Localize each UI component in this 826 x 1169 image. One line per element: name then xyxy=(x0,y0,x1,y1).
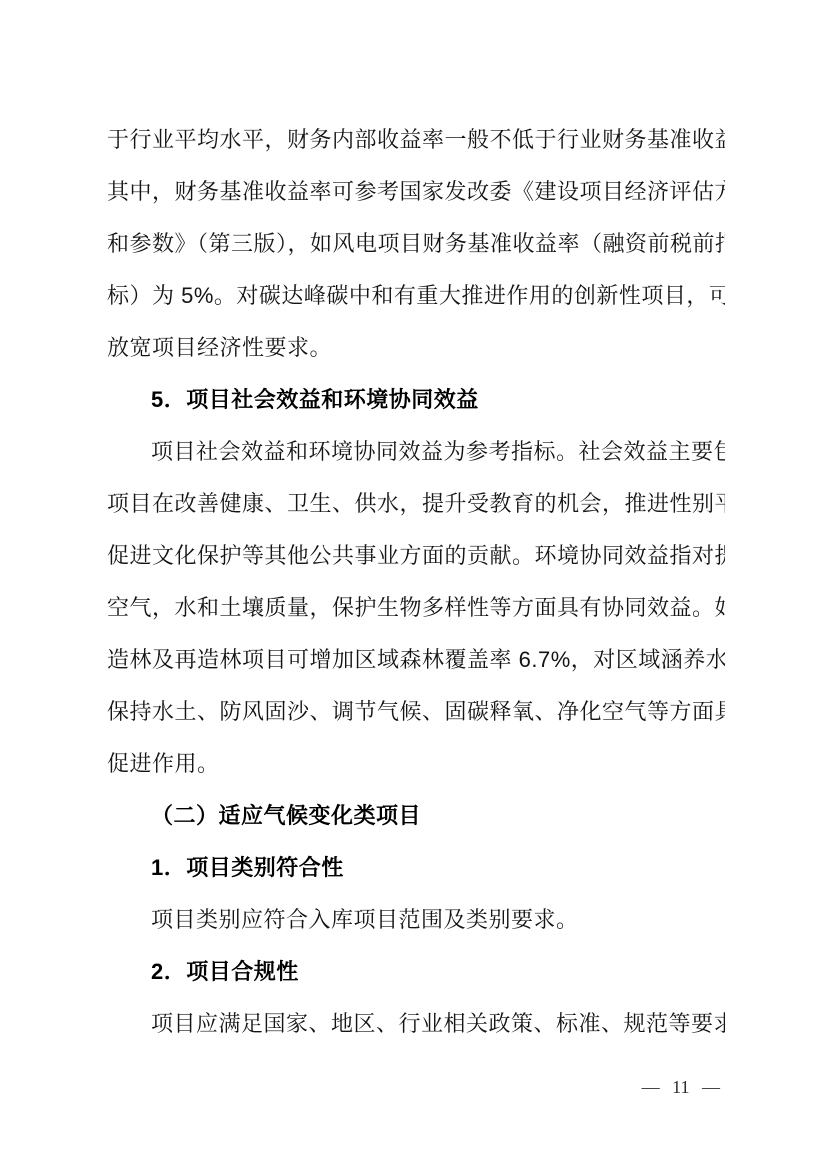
document-line-3: 和参数》（第三版），如风电项目财务基准收益率（融资前税前指 xyxy=(107,218,725,270)
document-line-8: 项目在改善健康、卫生、供水，提升受教育的机会，推进性别平等， xyxy=(107,478,725,530)
document-line-2: 其中，财务基准收益率可参考国家发改委《建设项目经济评估方法 xyxy=(107,166,725,218)
document-line-4: 标）为 5%。对碳达峰碳中和有重大推进作用的创新性项目，可适当 xyxy=(107,270,725,322)
document-line-1: 于行业平均水平，财务内部收益率一般不低于行业财务基准收益率。 xyxy=(107,114,725,166)
document-line-12: 保持水土、防风固沙、调节气候、固碳释氧、净化空气等方面具有 xyxy=(107,686,725,738)
document-line-9: 促进文化保护等其他公共事业方面的贡献。环境协同效益指对提高 xyxy=(107,530,725,582)
document-line-10: 空气，水和土壤质量，保护生物多样性等方面具有协同效益。如某 xyxy=(107,582,725,634)
document-line-5: 放宽项目经济性要求。 xyxy=(107,322,725,374)
heading-project-compliance: 2．项目合规性 xyxy=(107,946,725,998)
heading-social-environmental-benefits: 5．项目社会效益和环境协同效益 xyxy=(107,374,725,426)
document-line-11: 造林及再造林项目可增加区域森林覆盖率 6.7%，对区域涵养水源、 xyxy=(107,634,725,686)
document-body: 于行业平均水平，财务内部收益率一般不低于行业财务基准收益率。 其中，财务基准收益… xyxy=(107,114,725,1050)
heading-category-conformity: 1．项目类别符合性 xyxy=(107,842,725,894)
heading-adaptation-projects: （二）适应气候变化类项目 xyxy=(107,790,725,842)
document-line-7: 项目社会效益和环境协同效益为参考指标。社会效益主要包括 xyxy=(107,426,725,478)
document-page: 于行业平均水平，财务内部收益率一般不低于行业财务基准收益率。 其中，财务基准收益… xyxy=(0,0,826,1169)
page-number: — 11 — xyxy=(642,1074,720,1100)
document-line-16: 项目类别应符合入库项目范围及类别要求。 xyxy=(107,894,725,946)
document-line-13: 促进作用。 xyxy=(107,738,725,790)
document-line-18: 项目应满足国家、地区、行业相关政策、标准、规范等要求， xyxy=(107,998,725,1050)
